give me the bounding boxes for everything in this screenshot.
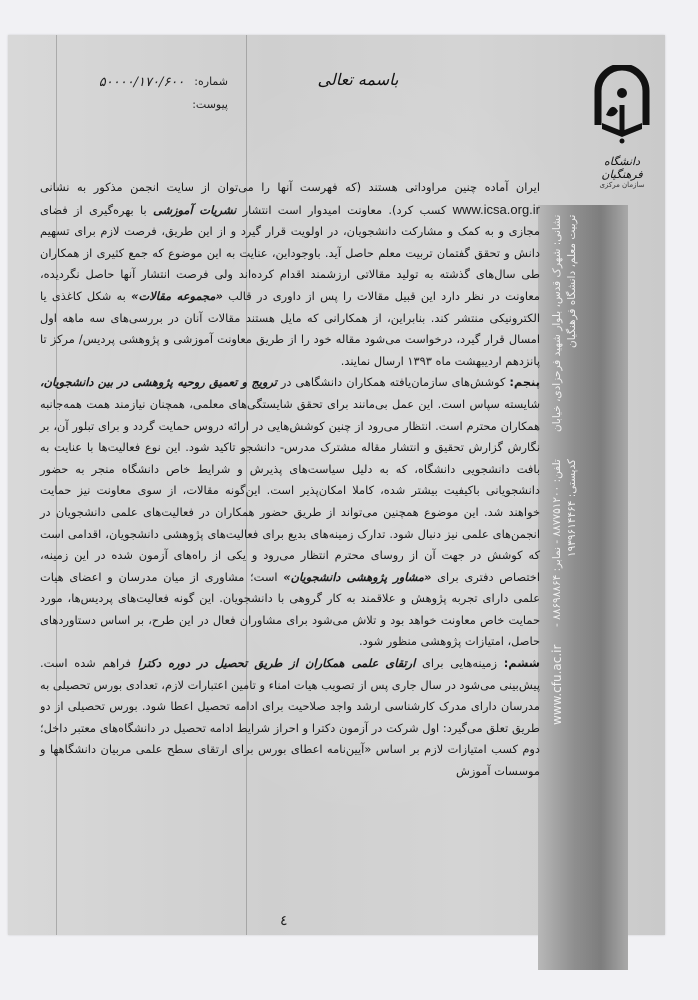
emphasis: ترویج و تعمیق روحیه پژوهشی در بین دانشجو… <box>40 375 277 389</box>
text-run: زمینه‌هایی برای <box>415 656 503 670</box>
university-subtitle: سازمان مرکزی <box>586 181 658 189</box>
website-link[interactable]: www.cfu.ac.ir <box>550 645 610 725</box>
section-label: پنجم: <box>509 375 540 389</box>
text-run: کسب کرد). معاونت امیدوار است انتشار <box>236 203 452 217</box>
emphasis: نشریات آموزشی <box>153 203 236 217</box>
letter-reference-block: شماره: ۵۰۰۰۰/۱۷۰/۶۰۰ پیوست: <box>58 75 228 119</box>
attachment-label: پیوست: <box>192 98 228 111</box>
paragraph-publications: ایران آماده چنین مراوداتی هستند (که فهرس… <box>40 177 540 372</box>
emphasis: «مشاور پژوهشی دانشجویان» <box>283 570 431 584</box>
contact-sidebar: نشانی: شهرک قدس، بلوار شهید فرحزادی، خیا… <box>538 205 628 970</box>
text-run: فراهم شده است. پیش‌بینی می‌شود در سال جا… <box>40 656 540 778</box>
address-text: نشانی: شهرک قدس، بلوار شهید فرحزادی، خیا… <box>550 215 610 457</box>
university-name: دانشگاه فرهنگیان <box>586 155 658 181</box>
basmala-heading: باسمه تعالی <box>308 70 408 89</box>
letter-number: ۵۰۰۰۰/۱۷۰/۶۰۰ <box>99 75 185 90</box>
text-run: کوشش‌های سازمان‌یافته همکاران دانشگاهی د… <box>277 375 509 389</box>
farhangian-emblem-icon <box>592 65 652 151</box>
letter-body: ایران آماده چنین مراوداتی هستند (که فهرس… <box>40 177 540 783</box>
text-run: ایران آماده چنین مراوداتی هستند (که فهرس… <box>40 180 540 194</box>
scanned-letter-page: شماره: ۵۰۰۰۰/۱۷۰/۶۰۰ پیوست: باسمه تعالی … <box>8 35 665 935</box>
page-number: ٤ <box>280 913 288 929</box>
text-run: با بهره‌گیری از فضای مجازی و به کمک و مش… <box>40 203 540 303</box>
section-label: ششم: <box>504 656 540 670</box>
number-label: شماره: <box>194 75 228 90</box>
text-run: شایسته سپاس است. این عمل بی‌مانند برای ت… <box>40 397 540 584</box>
contact-numbers: تلفن: ۸۸۷۷۵۱۲۰۰ - نمابر: ۸۸۶۹۸۸۶۴ - کدپس… <box>550 459 610 643</box>
emphasis: ارتقای علمی همکاران از طریق تحصیل در دور… <box>138 656 416 670</box>
paragraph-sixth: ششم: زمینه‌هایی برای ارتقای علمی همکاران… <box>40 653 540 783</box>
paragraph-fifth: پنجم: کوشش‌های سازمان‌یافته همکاران دانش… <box>40 372 540 653</box>
university-logo: دانشگاه فرهنگیان سازمان مرکزی <box>586 65 658 189</box>
emphasis: «مجموعه مقالات» <box>131 289 223 303</box>
icsa-url[interactable]: www.icsa.org.ir <box>453 202 540 217</box>
